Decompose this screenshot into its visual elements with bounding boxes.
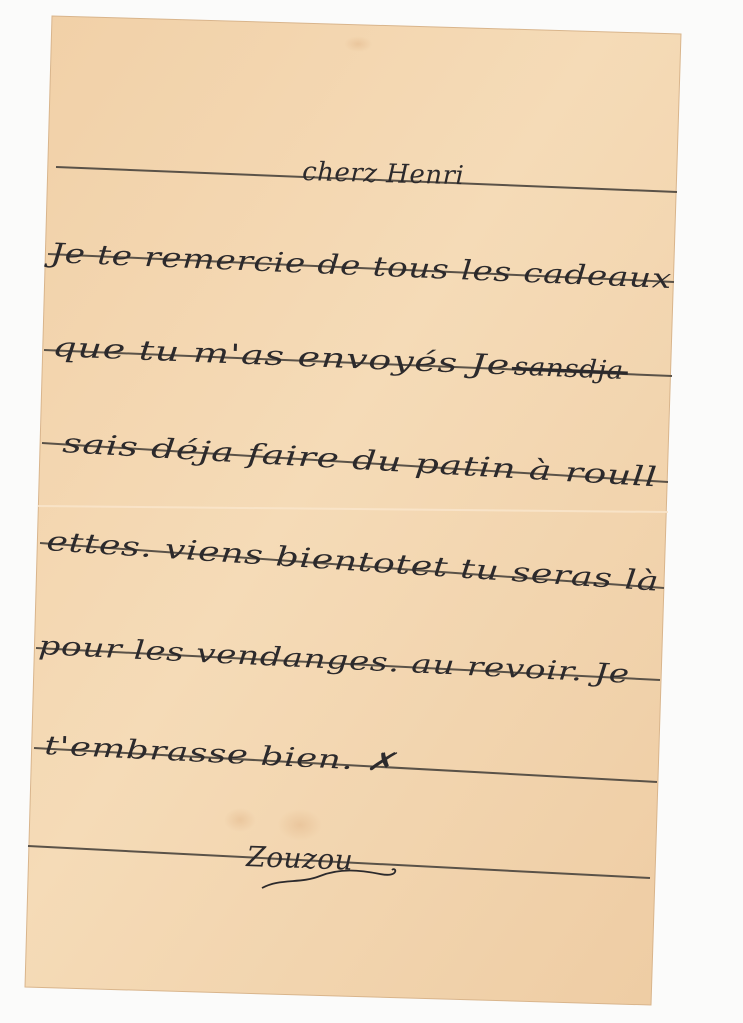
paper-stain [278, 809, 322, 841]
paper-stain [224, 808, 256, 832]
paper-stain [344, 36, 372, 52]
letter-sheet: cherz Henri Je te remercie de tous les c… [0, 0, 743, 1023]
salutation: cherz Henri [302, 157, 465, 191]
